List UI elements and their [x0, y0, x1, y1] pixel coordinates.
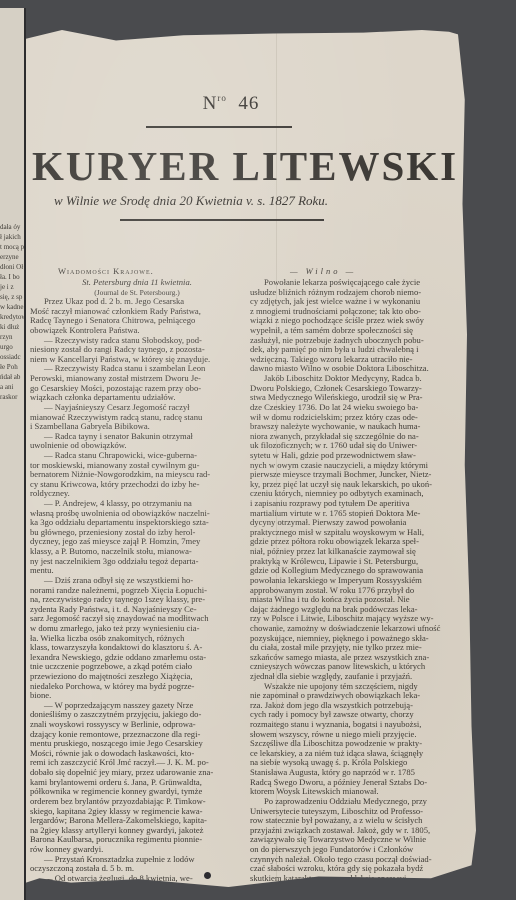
text-line: stwa Medycznego Wileńskiego, urodził się… — [250, 393, 452, 403]
text-line: przyjaźni związkach zostawał. Jakoż, gdy… — [250, 826, 452, 836]
text-line: bu głównego, przeniesiony został do izby… — [30, 528, 244, 538]
text-line: wiązki z niego pochodzące ściśle przez w… — [250, 316, 452, 326]
text-line: gdzie przez półtora roku obowiązek lekar… — [250, 537, 452, 547]
text-line: nych w owym czasie nauczycieli, a między… — [250, 461, 452, 471]
newspaper-page: Nro 46 KURYER LITEWSKI w Wilnie we Srodę… — [26, 30, 476, 900]
text-line: — Od otwarcia żeglugi, do 8 kwietnia, we… — [30, 874, 244, 884]
text-line: lexandra Newskiego, gdzie oddano zmarłem… — [30, 653, 244, 663]
adjacent-page-text — [0, 823, 24, 833]
masthead-rule-top — [146, 126, 292, 128]
text-line: remi ich zaszczycić Król Jmć raczył.— J.… — [30, 758, 244, 768]
text-line: ky, przez pięć lat uczył się nauk lekars… — [250, 480, 452, 490]
text-line: niora zwanych, przykładał się szczególni… — [250, 432, 452, 442]
text-line: sytetu w Hali, gdzie pod przewodnictwem … — [250, 451, 452, 461]
adjacent-page-text: dała óy — [0, 223, 24, 233]
adjacent-page-text: raskor — [0, 393, 24, 403]
text-line: i zapisaniu rozprawy pod tytułem De aper… — [250, 499, 452, 509]
text-line: ła. Wielka liczba osób znakomitych, różn… — [30, 634, 244, 644]
text-line: — Radca stanu Chrapowicki, wice-guberna- — [30, 451, 244, 461]
adjacent-page-text: erzyne — [0, 253, 24, 263]
text-line: roldyczney. — [30, 489, 244, 499]
text-line: praktyką w Królewcu, Lipawie i St. Peter… — [250, 557, 452, 567]
text-line: bione. — [30, 691, 244, 701]
adjacent-page-text — [0, 543, 24, 553]
adjacent-page-text: je i z — [0, 283, 24, 293]
text-line: oczyszczoną została d. 5 b. m. — [30, 864, 244, 874]
text-line: szkańców samego miasta, ale przez wszyst… — [250, 653, 452, 663]
text-line: row statecznie był poważany, a z wielu w… — [250, 816, 452, 826]
text-line: skutkiem katarakty, zaraz poddał się ope… — [250, 874, 452, 884]
text-line: — Rzeczywisty radca stanu Słobodskoy, po… — [30, 336, 244, 346]
text-line: norami randze należnemi, pogrzeb Xięcia … — [30, 586, 244, 596]
text-line: lergardów; Barona Mellera-Zakomelskiego,… — [30, 816, 244, 826]
text-line: czać słabości wzroku, która gdy się poka… — [250, 864, 452, 874]
text-line: — Dziś zrana odbył się ze wszystkiemi ho… — [30, 576, 244, 586]
text-line: przewieziono do majętności zeszłego Xiąż… — [30, 672, 244, 682]
adjacent-page-text — [0, 633, 24, 643]
adjacent-page-text: rzyn — [0, 333, 24, 343]
text-line: z mnogiemi trudnościami połączone; tak k… — [250, 307, 452, 317]
adjacent-page-text — [0, 733, 24, 743]
text-line: St. Petersburg dnia 11 kwietnia. — [30, 278, 244, 288]
adjacent-page-text: a ani — [0, 383, 24, 393]
adjacent-page-text — [0, 683, 24, 693]
text-line: Po zaprowadzeniu Oddziału Medycznego, pr… — [250, 797, 452, 807]
issue-label: N — [203, 93, 218, 114]
text-line: rza. Jakoż dom jego dla wszystkich potrz… — [250, 701, 452, 711]
text-line: pierwsze mieysce trzymali Bochmer, Junck… — [250, 470, 452, 480]
adjacent-page-text: ossiadc — [0, 353, 24, 363]
text-line: zjednał dla siebie względy, zaufanie i p… — [250, 672, 452, 682]
text-line: cy zdjętych, jak jest wielce ważne i w w… — [250, 297, 452, 307]
adjacent-page-text: kredytow — [0, 313, 24, 323]
dateline: w Wilnie we Srodę dnia 20 Kwietnia v. s.… — [54, 193, 434, 209]
adjacent-page-text: urgo — [0, 343, 24, 353]
text-line: i Szambellana Gabryela Bibikowa. — [30, 422, 244, 432]
text-line: sarz Jegomość raczył się znaydować na mo… — [30, 614, 244, 624]
text-line: uwolnienie od obowiązków. — [30, 441, 244, 451]
text-line: dobało się dopełnić jey miary, przez uda… — [30, 768, 244, 778]
text-line: znali woyskowi rossyyscy w Berlinie, odp… — [30, 720, 244, 730]
text-line: dze Czeskiey 1736. Do lat 24 wieku swoie… — [250, 403, 452, 413]
text-line: szło do portu Ryzkiego 59 okrętów, a wys… — [30, 883, 244, 893]
text-line: usłudze bliźnich różnym rodzajem chorob … — [250, 288, 452, 298]
text-line: uk filozoficznych; w r. 1760 udał się do… — [250, 441, 452, 451]
text-line: niał, późniey przez lat kilkanaście zaym… — [250, 547, 452, 557]
text-line: — Przystań Kronsztadzka zupełnie z lodów — [30, 855, 244, 865]
adjacent-page-text: ki dłuż — [0, 323, 24, 333]
text-line: rozmaitego stanu i wyznania, bogatsi i n… — [250, 720, 452, 730]
text-line: na, rzeczywistego radcy taynego 1szey kl… — [30, 595, 244, 605]
text-line: chowanie, zamożny w doświadczenie lekarz… — [250, 624, 452, 634]
masthead-rule-bottom — [120, 219, 324, 221]
text-line: miasta Wilna i tu do końca życia pozosta… — [250, 595, 452, 605]
text-line: zydenta Rady Państwa, i t. d. Nayjaśniey… — [30, 605, 244, 615]
text-line: gdzie od Kollegium Medycznego do sprawow… — [250, 566, 452, 576]
issue-sup: ro — [217, 93, 227, 103]
text-line: Szczęśliwe dla Liboschitza powodzenie w … — [250, 739, 452, 749]
text-line: Perowski, mianowany został mistrzem Dwor… — [30, 374, 244, 384]
text-line: Wezwany lekarz zdjął kataraktę z jednego… — [250, 883, 452, 893]
text-line: czynnych należał. Około tego czasu począ… — [250, 855, 452, 865]
text-line: Mości, równie jak o dowodach łaskawości,… — [30, 749, 244, 759]
adjacent-page-text — [0, 793, 24, 803]
text-line: Jakób Liboschitz Doktor Medycyny, Radca … — [250, 374, 452, 384]
text-line: go Cesarskiey Mości, pozostając razem pr… — [30, 384, 244, 394]
text-line: skiego, kapitana 2giey klassy w regimenc… — [30, 807, 244, 817]
text-line: — Rzeczywisty Radca stanu i szambelan Le… — [30, 364, 244, 374]
newspaper-title: KURYER LITEWSKI — [32, 142, 432, 190]
right-column: Powołanie lekarza poświęcającego całe ży… — [250, 278, 452, 893]
adjacent-page-edge: dała óył jakicht mocą perzynedłoni Ołła.… — [0, 8, 26, 900]
text-line: rzy w Polsce i Litwie, Liboschitz mający… — [250, 614, 452, 624]
text-line: ny jest naczelnikiem 3go oddziału tegoż … — [30, 557, 244, 567]
text-line: praktycznego misł w szpitalu woyskowym w… — [250, 528, 452, 538]
text-line: pozyskujące, niemniey, pięknego i poważn… — [250, 634, 452, 644]
text-line: dyczney, jego zaś mieysce zajął P. Homzi… — [30, 537, 244, 547]
text-line: mentu pruskiego, noszącego imie Jego Ces… — [30, 739, 244, 749]
text-line: Barona Kaulbarsa, porucznika regimentu p… — [30, 835, 244, 845]
text-line: powołania lekarskiego w Imperyum Rossyys… — [250, 576, 452, 586]
text-line: dając żadnego względu na brak podówczas … — [250, 605, 452, 615]
text-line: ktorem Woysk Litewskich mianował. — [250, 787, 452, 797]
text-line: na siebie wysoką uwagę ś. p. Króla Polsk… — [250, 758, 452, 768]
left-column: St. Petersburg dnia 11 kwietnia.(Journal… — [30, 278, 244, 893]
text-line: półkownika w regimencie konney gwardyi, … — [30, 787, 244, 797]
adjacent-page-text: ła. I bo — [0, 273, 24, 283]
text-line: zasłużył, nie potrzebuje żadnych uboczny… — [250, 336, 452, 346]
text-line: — W poprzedzającym nasszey gazety Nrze — [30, 701, 244, 711]
text-line: wiązkach członka departamentu udziałów. — [30, 393, 244, 403]
text-line: klass, towarzyszyła kondaktowi do klaszt… — [30, 643, 244, 653]
text-line: własną prośbę uwolnienia od obowiązków n… — [30, 509, 244, 519]
adjacent-page-text — [0, 443, 24, 453]
text-line: zawiązywało się Towarzystwo Medyczne w W… — [250, 835, 452, 845]
adjacent-page-text — [0, 413, 24, 423]
text-line: niedaleko Porchowa, w którey ma bydź pog… — [30, 682, 244, 692]
text-line: cych rady i pomocy był zawsze otwarty, c… — [250, 710, 452, 720]
text-line: brawszy należyte wychowanie, w naukach h… — [250, 422, 452, 432]
text-line: nie zapominał o prawdziwych obowiązkach … — [250, 691, 452, 701]
text-line: (Journal de St. Petersbourg.) — [30, 288, 244, 298]
text-line: ka 3go oddziału departamentu inspektorsk… — [30, 518, 244, 528]
text-line: bernatorem Niżnie-Nowgorodzkim, na mieys… — [30, 470, 244, 480]
adjacent-page-text — [0, 663, 24, 673]
adjacent-page-text: ł jakich — [0, 233, 24, 243]
text-line: Radcę Taynego i Senatora Chitrowa, pełni… — [30, 316, 244, 326]
text-line: cy stanu Kriwcowa, który przechodzi do i… — [30, 480, 244, 490]
section-heading-domestic-news: Wiadomości Krajowe. — [58, 266, 154, 276]
text-line: dawno miasto Wilno w osobie Doktora Libo… — [250, 364, 452, 374]
text-line: Powołanie lekarza poświęcającego całe ży… — [250, 278, 452, 288]
text-line: klassy, a P. Butomo, naczelnik stołu, mi… — [30, 547, 244, 557]
text-line: on do pierwszych jego Fundatorów i Człon… — [250, 845, 452, 855]
text-line: obowiązek Kontrolera Państwa. — [30, 326, 244, 336]
text-line: Radcą Swego Dworu, a późniey Jenerał Szt… — [250, 778, 452, 788]
adjacent-page-text: w kadne — [0, 303, 24, 313]
text-line: rów konney gwardyi. — [30, 845, 244, 855]
text-line: mianować Rzeczywistym radcą stanu, radcę… — [30, 413, 244, 423]
text-line: Przez Ukaz pod d. 2 b. m. Jego Cesarska — [30, 297, 244, 307]
section-heading-wilno: — Wilno — — [290, 266, 356, 276]
text-line: orderem bez brylantów przyozdabiając P. … — [30, 797, 244, 807]
text-line: Dworu Polskiego, Członek Cesarskiego Tow… — [250, 384, 452, 394]
text-line: w domu zmarłego, jako też przy wyniesien… — [30, 624, 244, 634]
text-line: cznieyszych wówczas panow litewskich, u … — [250, 662, 452, 672]
adjacent-page-text — [0, 743, 24, 753]
text-line: Wszakże nie upojony tém szczęściem, nigd… — [250, 682, 452, 692]
text-line: wił w domu rodzicielskim; przez który cz… — [250, 413, 452, 423]
adjacent-page-text: się, z sp — [0, 293, 24, 303]
text-line: kami brylantowemi orderu ś. Jana, P. Grü… — [30, 778, 244, 788]
text-line: ce lekarskiey, a za niém tuż idąca sława… — [250, 749, 452, 759]
text-line: martialium virtute w r. 1765 stopień Dok… — [250, 509, 452, 519]
text-line: Mość raczył mianować członkiem Rady Pańs… — [30, 307, 244, 317]
adjacent-page-text — [0, 763, 24, 773]
adjacent-page-text: ńdał ab — [0, 373, 24, 383]
text-line: wypełnił, a tém samém dobrze społecznośc… — [250, 326, 452, 336]
adjacent-page-text — [0, 533, 24, 543]
adjacent-page-text — [0, 503, 24, 513]
text-line: czeniu których, niemniey po odbytych exa… — [250, 489, 452, 499]
text-line: — P. Andrejew, 4 klassy, po otrzymaniu n… — [30, 499, 244, 509]
text-line: mentu. — [30, 566, 244, 576]
issue-number-value: 46 — [238, 93, 259, 114]
text-line: — Nayjaśnieyszy Cesarz Jegomość raczył — [30, 403, 244, 413]
adjacent-page-text — [0, 573, 24, 583]
text-line: approbowanym został. W roku 1776 przybył… — [250, 586, 452, 596]
text-line: wdzięczną. Takiego wzoru lekarza utracił… — [250, 355, 452, 365]
text-line: Stanisława Augusta, który go naprzód w r… — [250, 768, 452, 778]
text-line: na 2giey klassy artylleryi konney gwardy… — [30, 826, 244, 836]
text-line: niesiony został do rangi Radcy taynego, … — [30, 345, 244, 355]
text-line: niem w Kancellaryi Państwa, w którey się… — [30, 355, 244, 365]
text-line: dycyny otrzymał. Pierwszy zawod powołani… — [250, 518, 452, 528]
adjacent-page-text: t mocą p — [0, 243, 24, 253]
text-line: tnie uczczenie pogrzebowe, a zkąd potém … — [30, 662, 244, 672]
adjacent-page-text: dłoni Oł — [0, 263, 24, 273]
adjacent-page-text — [0, 713, 24, 723]
text-line: dek, aby pamięć po nim była u ludzi chwa… — [250, 345, 452, 355]
ink-stain — [204, 872, 211, 879]
text-line: dzający konie remontowe, przeznaczone dl… — [30, 730, 244, 740]
text-line: tor moskiewski, mianowany został cywilny… — [30, 461, 244, 471]
adjacent-page-text — [0, 833, 24, 843]
text-line: Uniwersytecie tuteyszym, Liboschitz od P… — [250, 807, 452, 817]
adjacent-page-text — [0, 473, 24, 483]
text-line: — Radca tayny i senator Bakunin otrzymał — [30, 432, 244, 442]
text-line: donieśliśmy o zaszczytném przyjęciu, jak… — [30, 710, 244, 720]
text-line: słowem wszyscy, równe u niego mieli przy… — [250, 730, 452, 740]
adjacent-page-text — [0, 603, 24, 613]
adjacent-page-text: łe Poh — [0, 363, 24, 373]
issue-number: Nro 46 — [26, 93, 436, 115]
text-line: du ciała, został mile przyjęty, nie tylk… — [250, 643, 452, 653]
